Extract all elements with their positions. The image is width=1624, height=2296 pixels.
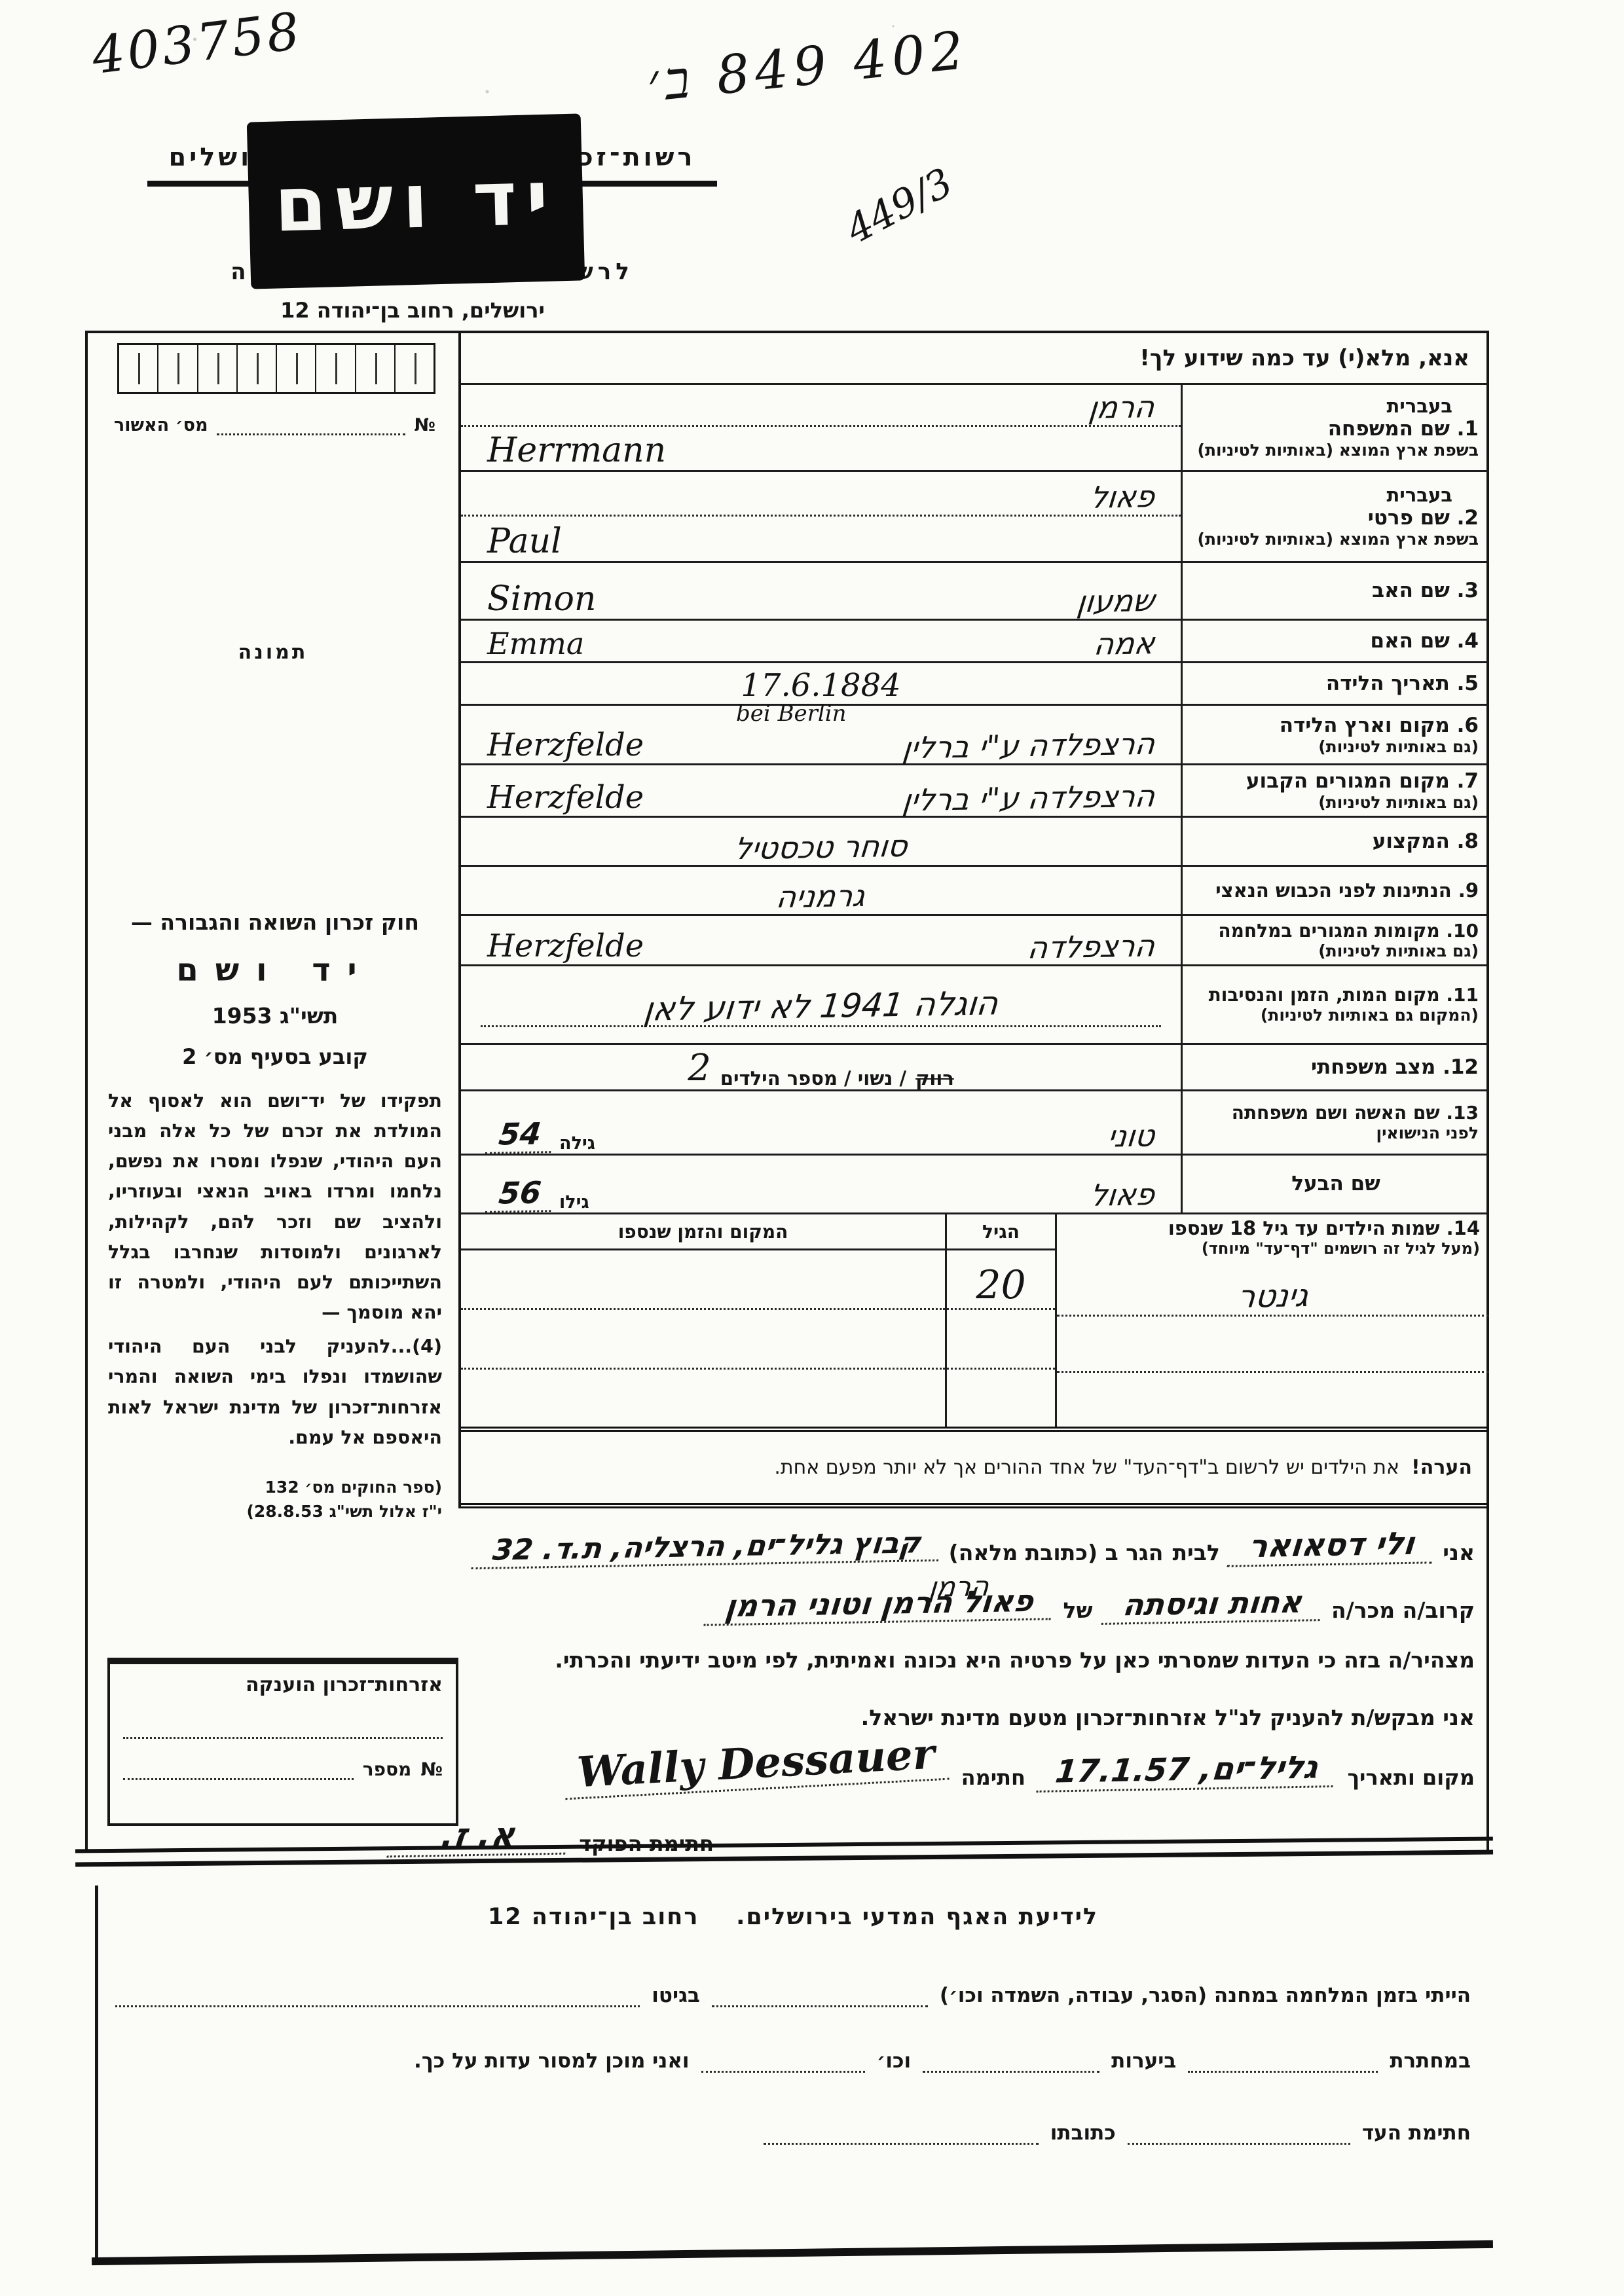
child-name-row <box>1057 1317 1489 1373</box>
entry-latin: Simon <box>487 579 596 619</box>
resides-label: הגר ב (כתובת מלאה) <box>949 1540 1164 1565</box>
approval-number-row: № מס׳ האשור <box>114 415 435 435</box>
number-blank <box>123 1762 354 1780</box>
child-age-row <box>947 1370 1055 1427</box>
fill-prompt: אנא, מלא(י) עד כמה שידוע לך! <box>461 333 1489 385</box>
underground-label: במחתרת <box>1390 2049 1471 2073</box>
option-single: רווק <box>915 1067 954 1089</box>
form-box: № מס׳ האשור תמונה חוק זכרון השואה והגבור… <box>85 331 1489 1851</box>
underground-line: במחתרת ביערות וכו׳ ואני מוכן למסור עדות … <box>115 2049 1471 2073</box>
law-heading: חוק זכרון השואה והגבורה — <box>108 909 442 935</box>
testimony-page: 402 849 ב׳ 403758 449/3 רשות־זכרון לשואה… <box>0 0 1624 2296</box>
field-wife-name: 13. שם האשה ושם משפחתה לפני הנישואין טונ… <box>461 1091 1489 1156</box>
field-permanent-residence: 7. מקום המגורים הקבוע (גם באותיות לטיניו… <box>461 765 1489 818</box>
entry-hebrew: טוני <box>1106 1118 1156 1154</box>
place-date-label: מקום ותאריך <box>1348 1765 1475 1790</box>
no-sign: № <box>420 1758 443 1780</box>
entry-latin: Herzfelde <box>487 727 644 763</box>
place-date-value: גליל־ים, 17.1.57 <box>1036 1749 1337 1793</box>
declarant-line: אני ולי דסאואר לבית הגר ב (כתובת מלאה) ק… <box>101 1527 1475 1565</box>
forests-label: ביערות <box>1111 2049 1176 2073</box>
i-label: אני <box>1443 1540 1475 1565</box>
law-year: תשי"ג 1953 <box>108 1003 442 1029</box>
entry-hebrew: פאול <box>1088 479 1156 515</box>
law-text: תפקידו של יד־ושם הוא לאסוף אל המולדת את … <box>108 1086 442 1328</box>
approval-no-sign: № <box>415 415 435 435</box>
relation-line: קרוב/ה מכר/ה אחות וגיסתה של פאול הרמן וט… <box>706 1586 1475 1623</box>
testify-text: ואני מוכן למסור עדות על כך. <box>414 2049 690 2073</box>
child-name: גינטר <box>1236 1277 1310 1315</box>
children-note: הערה! את הילדים יש לרשום ב"דף־העד" של אח… <box>461 1432 1489 1508</box>
scientific-dept-section: לידיעת האגף המדעי בירושלים. רחוב בן־יהוד… <box>95 1886 1488 2262</box>
place-column-header: המקום והזמן שנספו <box>461 1214 945 1250</box>
law-sidebar: חוק זכרון השואה והגבורה — יד ושם תשי"ג 1… <box>108 909 442 1524</box>
field-husband-name: שם הבעל פאול גילו 56 <box>461 1156 1489 1214</box>
entry-latin: Herrmann <box>487 431 666 470</box>
field-wartime-residence: 10. מקומות המגורים במלחמה (גם באותיות לט… <box>461 916 1489 966</box>
field-citizenship: 9. הנתינות לפני הכבוש הנאצי גרמניה <box>461 867 1489 916</box>
field-label: בעברית 2. שם פרטי בשפת ארץ המוצא (באותיו… <box>1181 472 1489 561</box>
age-value: 54 <box>485 1116 555 1154</box>
war-label: הייתי בזמן המלחמה במחנה (הסגר, עבודה, הש… <box>940 1984 1471 2007</box>
age-value: 56 <box>485 1175 555 1213</box>
age-label: גילה <box>559 1133 595 1154</box>
witness-signature-line: חתימת העד כתובתו <box>115 2121 1471 2145</box>
entry-latin: Emma <box>487 626 584 661</box>
witness-signature: Wally Dessauer <box>563 1729 949 1800</box>
entry-hebrew: הרצפלדה ע"י ברלין <box>900 778 1156 818</box>
children-age-column: הגיל 20 <box>945 1214 1057 1427</box>
field-entry: הרמן Herrmann <box>461 385 1181 470</box>
entry-hebrew: הרצפלדה ע"י ברלין <box>900 725 1156 765</box>
number-label: מספר <box>363 1758 412 1780</box>
children-label: 14. שמות הילדים עד גיל 18 שנספו (מעל לגי… <box>1057 1214 1489 1260</box>
registry-number-side: 449/3 <box>839 160 961 253</box>
age-column-header: הגיל <box>947 1214 1055 1250</box>
field-profession: 8. המקצוע סוחר טכסטיל <box>461 818 1489 867</box>
child-name-row: גינטר <box>1057 1260 1489 1317</box>
photo-placeholder-label: תמונה <box>88 641 458 664</box>
children-place-column: המקום והזמן שנספו <box>461 1214 945 1427</box>
age-label: גילו <box>559 1192 589 1212</box>
entry-hebrew: סוחר טכסטיל <box>733 828 910 867</box>
ghetto-label: בגיטו <box>652 1984 700 2007</box>
nee-label: לבית <box>1172 1540 1219 1565</box>
field-label: בעברית 1. שם המשפחה בשפת ארץ המוצא (באות… <box>1181 385 1489 470</box>
left-column: № מס׳ האשור תמונה חוק זכרון השואה והגבור… <box>88 333 458 1508</box>
field-birth-place: 6. מקום וארץ הלידה (גם באותיות לטיניות) … <box>461 706 1489 765</box>
declaration-statement: מצהיר/ה בזה כי העדות שמסרתי כאן על פרטיה… <box>555 1647 1475 1673</box>
wife-age-group: גילה 54 <box>487 1116 595 1154</box>
entry-hebrew: פאול <box>1088 1176 1156 1213</box>
field-first-name: בעברית 2. שם פרטי בשפת ארץ המוצא (באותיו… <box>461 472 1489 563</box>
husband-age-group: גילו 56 <box>487 1175 589 1212</box>
field-father-name: 3. שם האב שמעון Simon <box>461 563 1489 621</box>
witness-addr-label: כתובתו <box>1050 2121 1116 2145</box>
citizenship-request: אני מבקש/ת להעניק לנ"ל אזרחות־זכרון מטעם… <box>861 1705 1475 1730</box>
witness-sig-label: חתימת העד <box>1362 2121 1471 2145</box>
entry-children-count: 2 <box>688 1047 711 1089</box>
fields-area: אנא, מלא(י) עד כמה שידוע לך! בעברית 1. ש… <box>458 333 1489 1508</box>
note-emphasis: הערה! <box>1411 1456 1472 1479</box>
of-label: של <box>1063 1597 1093 1623</box>
children-table: 14. שמות הילדים עד גיל 18 שנספו (מעל לגי… <box>461 1214 1489 1432</box>
camp-line: הייתי בזמן המלחמה במחנה (הסגר, עבודה, הש… <box>115 1984 1471 2007</box>
dept-title: לידיעת האגף המדעי בירושלים. רחוב בן־יהוד… <box>98 1904 1488 1930</box>
logo-text: יד ושם <box>273 154 559 249</box>
relation-value: אחות וגיסתה <box>1101 1584 1323 1625</box>
child-place-row <box>461 1370 945 1427</box>
etc-label: וכו׳ <box>877 2049 912 2073</box>
entry-hebrew: גרמניה <box>775 878 867 915</box>
law-clause: קובע בסעיף מס׳ 2 <box>108 1044 442 1069</box>
options-rest: / נשוי / מספר הילדים <box>720 1067 906 1089</box>
citizenship-blank-line <box>123 1715 443 1739</box>
note-text: את הילדים יש לרשום ב"דף־העד" של אחד ההור… <box>774 1456 1399 1479</box>
field-death-place: 11. מקום המות, הזמן והנסיבות (המקום גם ב… <box>461 966 1489 1044</box>
field-mother-name: 4. שם האם אמה Emma <box>461 621 1489 663</box>
citizenship-number-line: № מספר <box>123 1758 443 1780</box>
field-birth-date: 5. תאריך הלידה 17.6.1884 <box>461 663 1489 706</box>
entry-latin: Herzfelde <box>487 779 644 816</box>
law-title: יד ושם <box>108 952 442 989</box>
field-marital-status: 12. מצב משפחתי רווק / נשוי / מספר הילדים… <box>461 1045 1489 1091</box>
entry-latin: Herzfelde <box>487 928 644 964</box>
declarant-address: קבוץ גליל־ים, הרצליה, ת.ד. 32 <box>471 1526 942 1569</box>
entry-latin-note: bei Berlin <box>736 701 847 727</box>
child-age-row: 20 <box>947 1250 1055 1310</box>
bottom-border-line <box>92 2240 1493 2265</box>
entry-hebrew: שמעון <box>1075 583 1156 619</box>
declaration-section: אני ולי דסאואר לבית הגר ב (כתובת מלאה) ק… <box>88 1508 1486 1851</box>
office-address: ירושלים, רחוב בן־יהודה 12 <box>229 298 596 323</box>
declarant-name: ולי דסאואר <box>1227 1525 1435 1567</box>
entry-date: 17.6.1884 <box>741 667 900 704</box>
approval-number-blank <box>217 418 405 435</box>
citizenship-granted-box: אזרחות־זכרון הוענקה № מספר <box>107 1658 458 1826</box>
entry-latin: Paul <box>487 522 562 561</box>
children-names-column: 14. שמות הילדים עד גיל 18 שנספו (מעל לגי… <box>1057 1214 1489 1427</box>
child-place-row <box>461 1310 945 1370</box>
child-place-row <box>461 1250 945 1310</box>
entry-hebrew: הרצפלדה <box>1026 928 1156 965</box>
citizenship-box-title: אזרחות־זכרון הוענקה <box>123 1673 443 1696</box>
signature-row: מקום ותאריך גליל־ים, 17.1.57 חתימה Wally… <box>454 1739 1475 1790</box>
approval-label: מס׳ האשור <box>114 415 208 435</box>
field-entry: פאול Paul <box>461 472 1181 561</box>
relation-label: קרוב/ה מכר/ה <box>1331 1597 1475 1623</box>
entry-hebrew: אמה <box>1092 625 1156 662</box>
signature-label: חתימה <box>961 1765 1025 1790</box>
approval-grid <box>117 343 435 394</box>
victims-names: פאול הרמן וטוני הרמן <box>704 1582 1055 1626</box>
child-name-row <box>1057 1373 1489 1427</box>
child-age-row <box>947 1310 1055 1370</box>
child-age: 20 <box>976 1262 1025 1308</box>
yad-vashem-logo-stamp: יד ושם <box>247 113 585 289</box>
law-text-2: (4)...להעניק לבני העם היהודי שהושמדו ונפ… <box>108 1332 442 1453</box>
entry-hebrew: הוגלה 1941 לא ידוע לאן <box>642 984 1000 1028</box>
field-family-name: בעברית 1. שם המשפחה בשפת ארץ המוצא (באות… <box>461 385 1489 472</box>
entry-hebrew: הרמן <box>1087 389 1156 426</box>
